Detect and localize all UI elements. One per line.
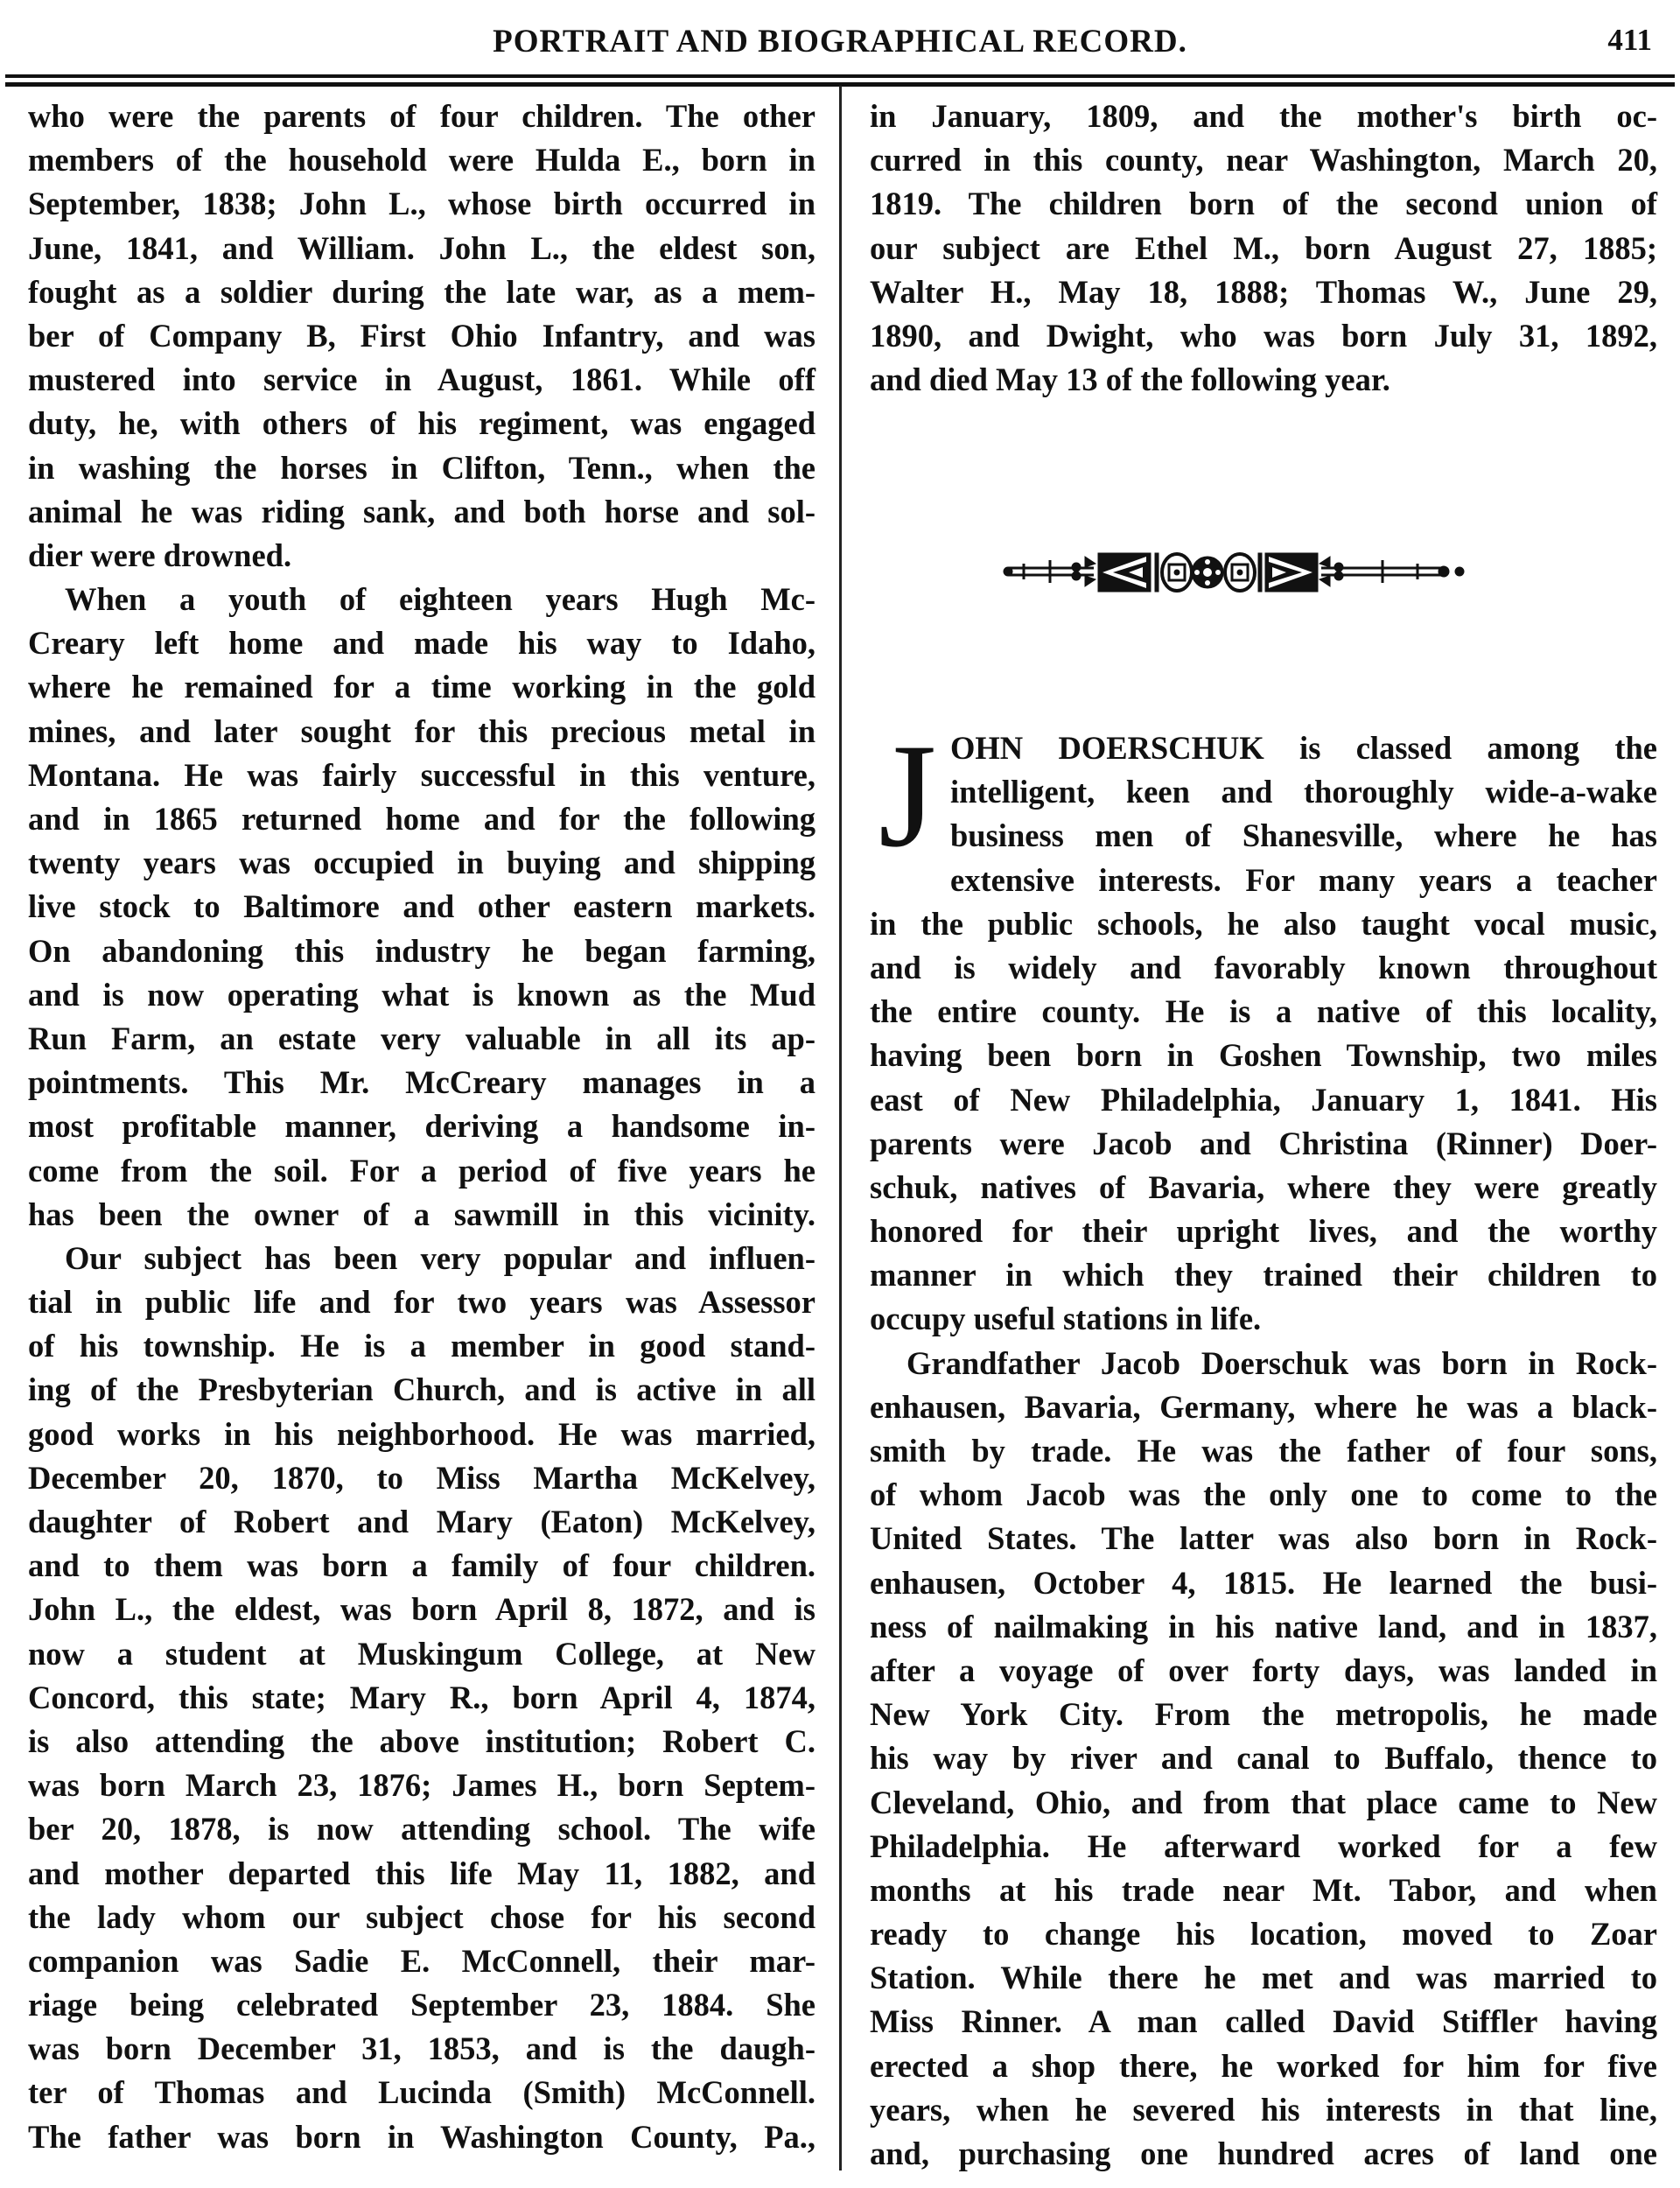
text-line: and mother departed this life May 11, 18… xyxy=(28,1852,815,1896)
text-line: enhausen, October 4, 1815. He learned th… xyxy=(870,1561,1657,1605)
text-line: mustered into service in August, 1861. W… xyxy=(28,358,815,402)
text-line: intelligent, keen and thoroughly wide-a-… xyxy=(870,770,1657,814)
text-line: ter of Thomas and Lucinda (Smith) McConn… xyxy=(28,2071,815,2114)
text-line: in January, 1809, and the mother's birth… xyxy=(870,95,1657,138)
text-line: 1890, and Dwight, who was born July 31, … xyxy=(870,314,1657,358)
text-line: fought as a soldier during the late war,… xyxy=(28,270,815,314)
text-line: schuk, natives of Bavaria, where they we… xyxy=(870,1166,1657,1210)
paragraph-start: When a youth of eighteen years Hugh Mc- xyxy=(28,578,815,621)
text-line: On abandoning this industry he began far… xyxy=(28,929,815,973)
ornament-divider-icon xyxy=(989,541,1566,602)
text-line: the lady whom our subject chose for his … xyxy=(28,1896,815,1939)
paragraph-start: Our subject has been very popular and in… xyxy=(28,1237,815,1280)
right-column-top: in January, 1809, and the mother's birth… xyxy=(870,95,1657,402)
bio-heading-line: OHN DOERSCHUK is classed among the xyxy=(870,726,1657,770)
text-line: animal he was riding sank, and both hors… xyxy=(28,490,815,534)
text-line: extensive interests. For many years a te… xyxy=(870,859,1657,902)
text-line: and in 1865 returned home and for the fo… xyxy=(28,797,815,841)
paragraph-start: Grandfather Jacob Doerschuk was born in … xyxy=(870,1342,1657,1385)
text-line: come from the soil. For a period of five… xyxy=(28,1149,815,1193)
text-line: in the public schools, he also taught vo… xyxy=(870,902,1657,946)
text-line: of his township. He is a member in good … xyxy=(28,1324,815,1368)
text-line: of whom Jacob was the only one to come t… xyxy=(870,1473,1657,1517)
text-line: business men of Shanesville, where he ha… xyxy=(870,814,1657,858)
text-line: occupy useful stations in life. xyxy=(870,1297,1657,1341)
text-line: and is widely and favorably known throug… xyxy=(870,946,1657,990)
text-line: east of New Philadelphia, January 1, 184… xyxy=(870,1078,1657,1122)
left-column: who were the parents of four children. T… xyxy=(28,95,815,2159)
page-header: PORTRAIT AND BIOGRAPHICAL RECORD. 411 xyxy=(0,0,1680,63)
text-line: honored for their upright lives, and the… xyxy=(870,1210,1657,1253)
text-line: Cleveland, Ohio, and from that place cam… xyxy=(870,1781,1657,1825)
text-line: has been the owner of a sawmill in this … xyxy=(28,1193,815,1237)
text-line: and died May 13 of the following year. xyxy=(870,358,1657,402)
running-title: PORTRAIT AND BIOGRAPHICAL RECORD. xyxy=(0,23,1680,60)
text-line: Concord, this state; Mary R., born April… xyxy=(28,1676,815,1720)
text-line: who were the parents of four children. T… xyxy=(28,95,815,138)
column-divider xyxy=(839,86,842,2170)
text-line: enhausen, Bavaria, Germany, where he was… xyxy=(870,1385,1657,1429)
text-line: ing of the Presbyterian Church, and is a… xyxy=(28,1368,815,1412)
text-line: is also attending the above institution;… xyxy=(28,1720,815,1764)
text-line: manner in which they trained their child… xyxy=(870,1253,1657,1297)
text-line: and, purchasing one hundred acres of lan… xyxy=(870,2132,1657,2176)
text-line: June, 1841, and William. John L., the el… xyxy=(28,227,815,270)
text-line: parents were Jacob and Christina (Rinner… xyxy=(870,1122,1657,1166)
text-line: riage being celebrated September 23, 188… xyxy=(28,1983,815,2027)
text-line: Creary left home and made his way to Ida… xyxy=(28,621,815,665)
text-line: curred in this county, near Washington, … xyxy=(870,138,1657,182)
text-line: Philadelphia. He afterward worked for a … xyxy=(870,1825,1657,1869)
text-line: duty, he, with others of his regiment, w… xyxy=(28,402,815,445)
text-line: years, when he severed his interests in … xyxy=(870,2088,1657,2132)
text-line: pointments. This Mr. McCreary manages in… xyxy=(28,1061,815,1105)
text-line: Montana. He was fairly successful in thi… xyxy=(28,754,815,797)
text-line: where he remained for a time working in … xyxy=(28,665,815,709)
text-line: John L., the eldest, was born April 8, 1… xyxy=(28,1588,815,1631)
text-line: ber 20, 1878, is now attending school. T… xyxy=(28,1807,815,1851)
text-line: tial in public life and for two years wa… xyxy=(28,1280,815,1324)
text-line: ready to change his location, moved to Z… xyxy=(870,1912,1657,1956)
text-line: The father was born in Washington County… xyxy=(28,2115,815,2159)
text-line: was born December 31, 1853, and is the d… xyxy=(28,2027,815,2071)
text-line: our subject are Ethel M., born August 27… xyxy=(870,227,1657,270)
text-line: smith by trade. He was the father of fou… xyxy=(870,1429,1657,1473)
header-rule-top xyxy=(5,74,1675,78)
text-line: Run Farm, an estate very valuable in all… xyxy=(28,1017,815,1061)
text-line: members of the household were Hulda E., … xyxy=(28,138,815,182)
text-line: December 20, 1870, to Miss Martha McKelv… xyxy=(28,1456,815,1500)
text-line: now a student at Muskingum College, at N… xyxy=(28,1632,815,1676)
text-line: Station. While there he met and was marr… xyxy=(870,1956,1657,2000)
text-line: Walter H., May 18, 1888; Thomas W., June… xyxy=(870,270,1657,314)
text-line: months at his trade near Mt. Tabor, and … xyxy=(870,1869,1657,1912)
text-line: ness of nailmaking in his native land, a… xyxy=(870,1605,1657,1649)
text-line: was born March 23, 1876; James H., born … xyxy=(28,1764,815,1807)
page-number: 411 xyxy=(1607,23,1652,58)
text-line: in washing the horses in Clifton, Tenn.,… xyxy=(28,446,815,490)
text-line: dier were drowned. xyxy=(28,534,815,578)
text-line: companion was Sadie E. McConnell, their … xyxy=(28,1939,815,1983)
text-line: erected a shop there, he worked for him … xyxy=(870,2044,1657,2088)
text-line: ber of Company B, First Ohio Infantry, a… xyxy=(28,314,815,358)
text-line: live stock to Baltimore and other easter… xyxy=(28,885,815,929)
text-line: New York City. From the metropolis, he m… xyxy=(870,1693,1657,1736)
text-line: his way by river and canal to Buffalo, t… xyxy=(870,1736,1657,1780)
text-line: mines, and later sought for this preciou… xyxy=(28,710,815,754)
text-line: the entire county. He is a native of thi… xyxy=(870,990,1657,1034)
text-line: twenty years was occupied in buying and … xyxy=(28,841,815,885)
text-line: United States. The latter was also born … xyxy=(870,1517,1657,1560)
text-line: and is now operating what is known as th… xyxy=(28,973,815,1017)
text-line: Miss Rinner. A man called David Stiffler… xyxy=(870,2000,1657,2044)
text-line: most profitable manner, deriving a hands… xyxy=(28,1105,815,1148)
text-line: September, 1838; John L., whose birth oc… xyxy=(28,182,815,226)
text-line: and to them was born a family of four ch… xyxy=(28,1544,815,1588)
text-line: having been born in Goshen Township, two… xyxy=(870,1034,1657,1077)
text-line: daughter of Robert and Mary (Eaton) McKe… xyxy=(28,1500,815,1544)
text-line: after a voyage of over forty days, was l… xyxy=(870,1649,1657,1693)
text-line: good works in his neighborhood. He was m… xyxy=(28,1413,815,1456)
text-line: 1819. The children born of the second un… xyxy=(870,182,1657,226)
